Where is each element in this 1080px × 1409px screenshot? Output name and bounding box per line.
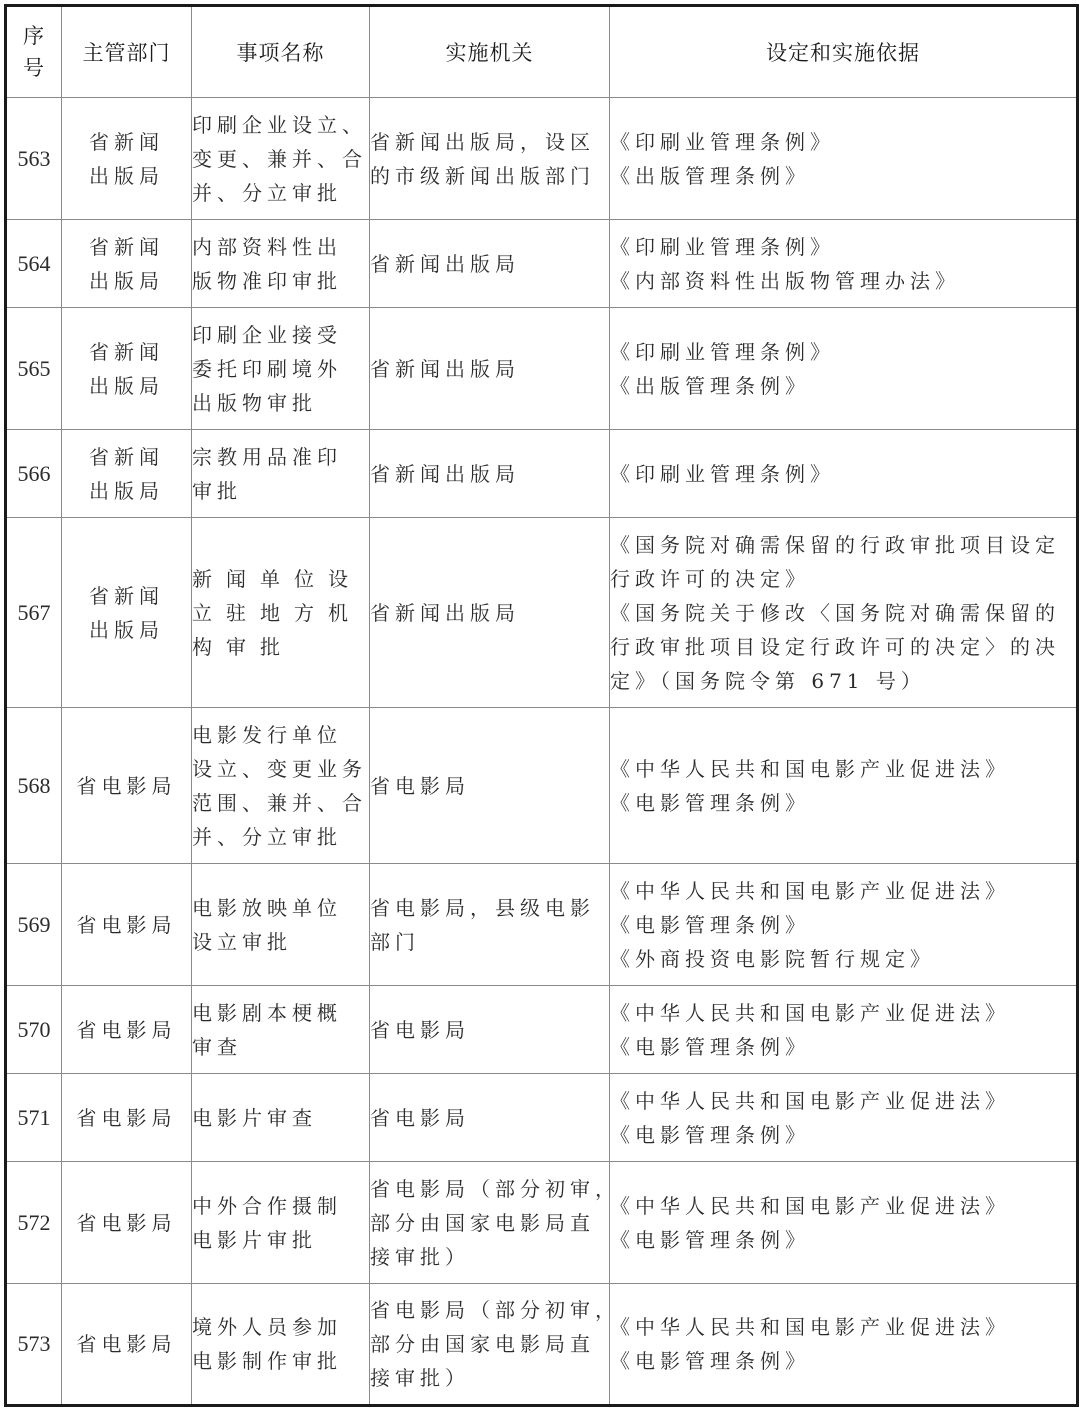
item-line: 审查 <box>192 1030 369 1064</box>
cell-item: 电影放映单位设立审批 <box>192 864 370 986</box>
item-line: 电影发行单位 <box>192 718 369 752</box>
item-line: 印刷企业设立、 <box>192 108 369 142</box>
cell-seq: 571 <box>6 1074 62 1162</box>
cell-dept: 省新闻出版局 <box>62 308 192 430</box>
dept-line: 出版局 <box>62 159 191 193</box>
cell-basis: 《中华人民共和国电影产业促进法》《电影管理条例》 <box>610 1074 1078 1162</box>
basis-line: 《印刷业管理条例》 <box>610 457 1076 491</box>
basis-line: 《印刷业管理条例》 <box>610 335 1076 369</box>
table-body: 563省新闻出版局印刷企业设立、变更、兼并、合并、分立审批省新闻出版局，设区的市… <box>6 98 1078 1406</box>
basis-line: 《电影管理条例》 <box>610 1030 1076 1064</box>
basis-line: 《中华人民共和国电影产业促进法》 <box>610 1084 1076 1118</box>
cell-item: 宗教用品准印审批 <box>192 430 370 518</box>
item-line: 电影放映单位 <box>192 891 369 925</box>
item-line: 出版物审批 <box>192 386 369 420</box>
dept-line: 省电影局 <box>62 1327 191 1361</box>
basis-line: 行政许可的决定》 <box>610 562 1076 596</box>
item-line: 境外人员参加 <box>192 1310 369 1344</box>
dept-line: 出版局 <box>62 613 191 647</box>
cell-basis: 《印刷业管理条例》《内部资料性出版物管理办法》 <box>610 220 1078 308</box>
cell-agency: 省新闻出版局 <box>370 220 610 308</box>
agency-line: 省电影局（部分初审， <box>370 1293 609 1327</box>
cell-dept: 省电影局 <box>62 986 192 1074</box>
table-row: 573省电影局境外人员参加电影制作审批省电影局（部分初审，部分由国家电影局直接审… <box>6 1284 1078 1406</box>
cell-dept: 省新闻出版局 <box>62 518 192 708</box>
basis-line: 《内部资料性出版物管理办法》 <box>610 264 1076 298</box>
item-line: 变更、兼并、合 <box>192 142 369 176</box>
cell-seq: 572 <box>6 1162 62 1284</box>
basis-line: 《国务院关于修改〈国务院对确需保留的 <box>610 596 1076 630</box>
cell-agency: 省电影局 <box>370 986 610 1074</box>
item-line: 设立审批 <box>192 925 369 959</box>
basis-line: 《电影管理条例》 <box>610 786 1076 820</box>
cell-agency: 省新闻出版局，设区的市级新闻出版部门 <box>370 98 610 220</box>
cell-basis: 《中华人民共和国电影产业促进法》《电影管理条例》 <box>610 708 1078 864</box>
agency-line: 部分由国家电影局直 <box>370 1206 609 1240</box>
item-line: 内部资料性出 <box>192 230 369 264</box>
agency-line: 部分由国家电影局直 <box>370 1327 609 1361</box>
item-line: 立驻地方机 <box>192 596 369 630</box>
dept-line: 省电影局 <box>62 1101 191 1135</box>
table-row: 572省电影局中外合作摄制电影片审批省电影局（部分初审，部分由国家电影局直接审批… <box>6 1162 1078 1284</box>
item-line: 设立、变更业务 <box>192 752 369 786</box>
item-line: 版物准印审批 <box>192 264 369 298</box>
cell-item: 电影发行单位设立、变更业务范围、兼并、合并、分立审批 <box>192 708 370 864</box>
cell-basis: 《中华人民共和国电影产业促进法》《电影管理条例》《外商投资电影院暂行规定》 <box>610 864 1078 986</box>
item-line: 并、分立审批 <box>192 176 369 210</box>
item-line: 宗教用品准印 <box>192 440 369 474</box>
cell-basis: 《中华人民共和国电影产业促进法》《电影管理条例》 <box>610 1162 1078 1284</box>
cell-dept: 省电影局 <box>62 1074 192 1162</box>
agency-line: 省新闻出版局 <box>370 596 609 630</box>
item-line: 印刷企业接受 <box>192 318 369 352</box>
dept-line: 省电影局 <box>62 1013 191 1047</box>
cell-dept: 省电影局 <box>62 1284 192 1406</box>
document-page: 序 号 主管部门 事项名称 实施机关 设定和实施依据 563省新闻出版局印刷企业… <box>0 0 1080 1409</box>
cell-seq: 573 <box>6 1284 62 1406</box>
item-line: 委托印刷境外 <box>192 352 369 386</box>
item-line: 中外合作摄制 <box>192 1189 369 1223</box>
agency-line: 省新闻出版局，设区 <box>370 125 609 159</box>
agency-line: 的市级新闻出版部门 <box>370 159 609 193</box>
agency-line: 部门 <box>370 925 609 959</box>
table-row: 570省电影局电影剧本梗概审查省电影局《中华人民共和国电影产业促进法》《电影管理… <box>6 986 1078 1074</box>
dept-line: 出版局 <box>62 474 191 508</box>
cell-agency: 省电影局 <box>370 708 610 864</box>
basis-line: 《中华人民共和国电影产业促进法》 <box>610 1189 1076 1223</box>
basis-line: 《电影管理条例》 <box>610 908 1076 942</box>
table-row: 571省电影局电影片审查省电影局《中华人民共和国电影产业促进法》《电影管理条例》 <box>6 1074 1078 1162</box>
cell-agency: 省新闻出版局 <box>370 308 610 430</box>
basis-line: 《电影管理条例》 <box>610 1344 1076 1378</box>
item-line: 并、分立审批 <box>192 820 369 854</box>
cell-basis: 《印刷业管理条例》《出版管理条例》 <box>610 308 1078 430</box>
agency-line: 省电影局 <box>370 1101 609 1135</box>
cell-agency: 省电影局（部分初审，部分由国家电影局直接审批） <box>370 1284 610 1406</box>
dept-line: 出版局 <box>62 264 191 298</box>
cell-basis: 《印刷业管理条例》 <box>610 430 1078 518</box>
basis-line: 《中华人民共和国电影产业促进法》 <box>610 1310 1076 1344</box>
agency-line: 省电影局，县级电影 <box>370 891 609 925</box>
basis-line: 《中华人民共和国电影产业促进法》 <box>610 752 1076 786</box>
item-line: 新闻单位设 <box>192 562 369 596</box>
item-line: 电影片审批 <box>192 1223 369 1257</box>
basis-line: 《电影管理条例》 <box>610 1223 1076 1257</box>
agency-line: 省新闻出版局 <box>370 457 609 491</box>
basis-line: 《外商投资电影院暂行规定》 <box>610 942 1076 976</box>
header-seq: 序 号 <box>6 6 62 98</box>
cell-basis: 《国务院对确需保留的行政审批项目设定行政许可的决定》《国务院关于修改〈国务院对确… <box>610 518 1078 708</box>
basis-line: 行政审批项目设定行政许可的决定〉的决 <box>610 630 1076 664</box>
table-row: 567省新闻出版局新闻单位设立驻地方机构审批省新闻出版局《国务院对确需保留的行政… <box>6 518 1078 708</box>
cell-item: 中外合作摄制电影片审批 <box>192 1162 370 1284</box>
agency-line: 省电影局 <box>370 1013 609 1047</box>
basis-line: 《印刷业管理条例》 <box>610 125 1076 159</box>
cell-dept: 省电影局 <box>62 864 192 986</box>
item-line: 审批 <box>192 474 369 508</box>
item-line: 电影片审查 <box>192 1101 369 1135</box>
agency-line: 省电影局（部分初审， <box>370 1172 609 1206</box>
cell-item: 内部资料性出版物准印审批 <box>192 220 370 308</box>
agency-line: 省电影局 <box>370 769 609 803</box>
cell-dept: 省电影局 <box>62 708 192 864</box>
dept-line: 省新闻 <box>62 125 191 159</box>
table-row: 566省新闻出版局宗教用品准印审批省新闻出版局《印刷业管理条例》 <box>6 430 1078 518</box>
table-row: 565省新闻出版局印刷企业接受委托印刷境外出版物审批省新闻出版局《印刷业管理条例… <box>6 308 1078 430</box>
cell-basis: 《印刷业管理条例》《出版管理条例》 <box>610 98 1078 220</box>
item-line: 电影制作审批 <box>192 1344 369 1378</box>
dept-line: 省新闻 <box>62 230 191 264</box>
agency-line: 省新闻出版局 <box>370 247 609 281</box>
agency-line: 接审批） <box>370 1361 609 1395</box>
agency-line: 省新闻出版局 <box>370 352 609 386</box>
dept-line: 省新闻 <box>62 440 191 474</box>
dept-line: 省新闻 <box>62 579 191 613</box>
cell-basis: 《中华人民共和国电影产业促进法》《电影管理条例》 <box>610 1284 1078 1406</box>
item-line: 范围、兼并、合 <box>192 786 369 820</box>
cell-dept: 省新闻出版局 <box>62 220 192 308</box>
cell-seq: 567 <box>6 518 62 708</box>
basis-line: 《印刷业管理条例》 <box>610 230 1076 264</box>
approval-items-table: 序 号 主管部门 事项名称 实施机关 设定和实施依据 563省新闻出版局印刷企业… <box>4 4 1079 1407</box>
item-line: 电影剧本梗概 <box>192 996 369 1030</box>
table-row: 569省电影局电影放映单位设立审批省电影局，县级电影部门《中华人民共和国电影产业… <box>6 864 1078 986</box>
basis-line: 《出版管理条例》 <box>610 159 1076 193</box>
header-basis: 设定和实施依据 <box>610 6 1078 98</box>
cell-dept: 省新闻出版局 <box>62 98 192 220</box>
dept-line: 出版局 <box>62 369 191 403</box>
basis-line: 《中华人民共和国电影产业促进法》 <box>610 874 1076 908</box>
cell-seq: 563 <box>6 98 62 220</box>
header-item: 事项名称 <box>192 6 370 98</box>
header-row: 序 号 主管部门 事项名称 实施机关 设定和实施依据 <box>6 6 1078 98</box>
cell-item: 境外人员参加电影制作审批 <box>192 1284 370 1406</box>
cell-item: 电影剧本梗概审查 <box>192 986 370 1074</box>
agency-line: 接审批） <box>370 1240 609 1274</box>
cell-seq: 565 <box>6 308 62 430</box>
cell-item: 新闻单位设立驻地方机构审批 <box>192 518 370 708</box>
cell-agency: 省新闻出版局 <box>370 518 610 708</box>
dept-line: 省电影局 <box>62 908 191 942</box>
cell-dept: 省新闻出版局 <box>62 430 192 518</box>
dept-line: 省电影局 <box>62 769 191 803</box>
cell-seq: 570 <box>6 986 62 1074</box>
cell-item: 印刷企业设立、变更、兼并、合并、分立审批 <box>192 98 370 220</box>
table-row: 568省电影局电影发行单位设立、变更业务范围、兼并、合并、分立审批省电影局《中华… <box>6 708 1078 864</box>
cell-item: 电影片审查 <box>192 1074 370 1162</box>
cell-seq: 569 <box>6 864 62 986</box>
cell-item: 印刷企业接受委托印刷境外出版物审批 <box>192 308 370 430</box>
cell-agency: 省电影局（部分初审，部分由国家电影局直接审批） <box>370 1162 610 1284</box>
cell-agency: 省电影局 <box>370 1074 610 1162</box>
cell-seq: 564 <box>6 220 62 308</box>
basis-line: 《出版管理条例》 <box>610 369 1076 403</box>
header-agency: 实施机关 <box>370 6 610 98</box>
header-dept: 主管部门 <box>62 6 192 98</box>
cell-seq: 566 <box>6 430 62 518</box>
table-row: 563省新闻出版局印刷企业设立、变更、兼并、合并、分立审批省新闻出版局，设区的市… <box>6 98 1078 220</box>
dept-line: 省新闻 <box>62 335 191 369</box>
dept-line: 省电影局 <box>62 1206 191 1240</box>
basis-line: 《电影管理条例》 <box>610 1118 1076 1152</box>
cell-agency: 省新闻出版局 <box>370 430 610 518</box>
cell-agency: 省电影局，县级电影部门 <box>370 864 610 986</box>
cell-basis: 《中华人民共和国电影产业促进法》《电影管理条例》 <box>610 986 1078 1074</box>
cell-seq: 568 <box>6 708 62 864</box>
table-row: 564省新闻出版局内部资料性出版物准印审批省新闻出版局《印刷业管理条例》《内部资… <box>6 220 1078 308</box>
cell-dept: 省电影局 <box>62 1162 192 1284</box>
basis-line: 定》（国务院令第 671 号） <box>610 664 1076 698</box>
basis-line: 《中华人民共和国电影产业促进法》 <box>610 996 1076 1030</box>
basis-line: 《国务院对确需保留的行政审批项目设定 <box>610 528 1076 562</box>
item-line: 构审批 <box>192 630 369 664</box>
